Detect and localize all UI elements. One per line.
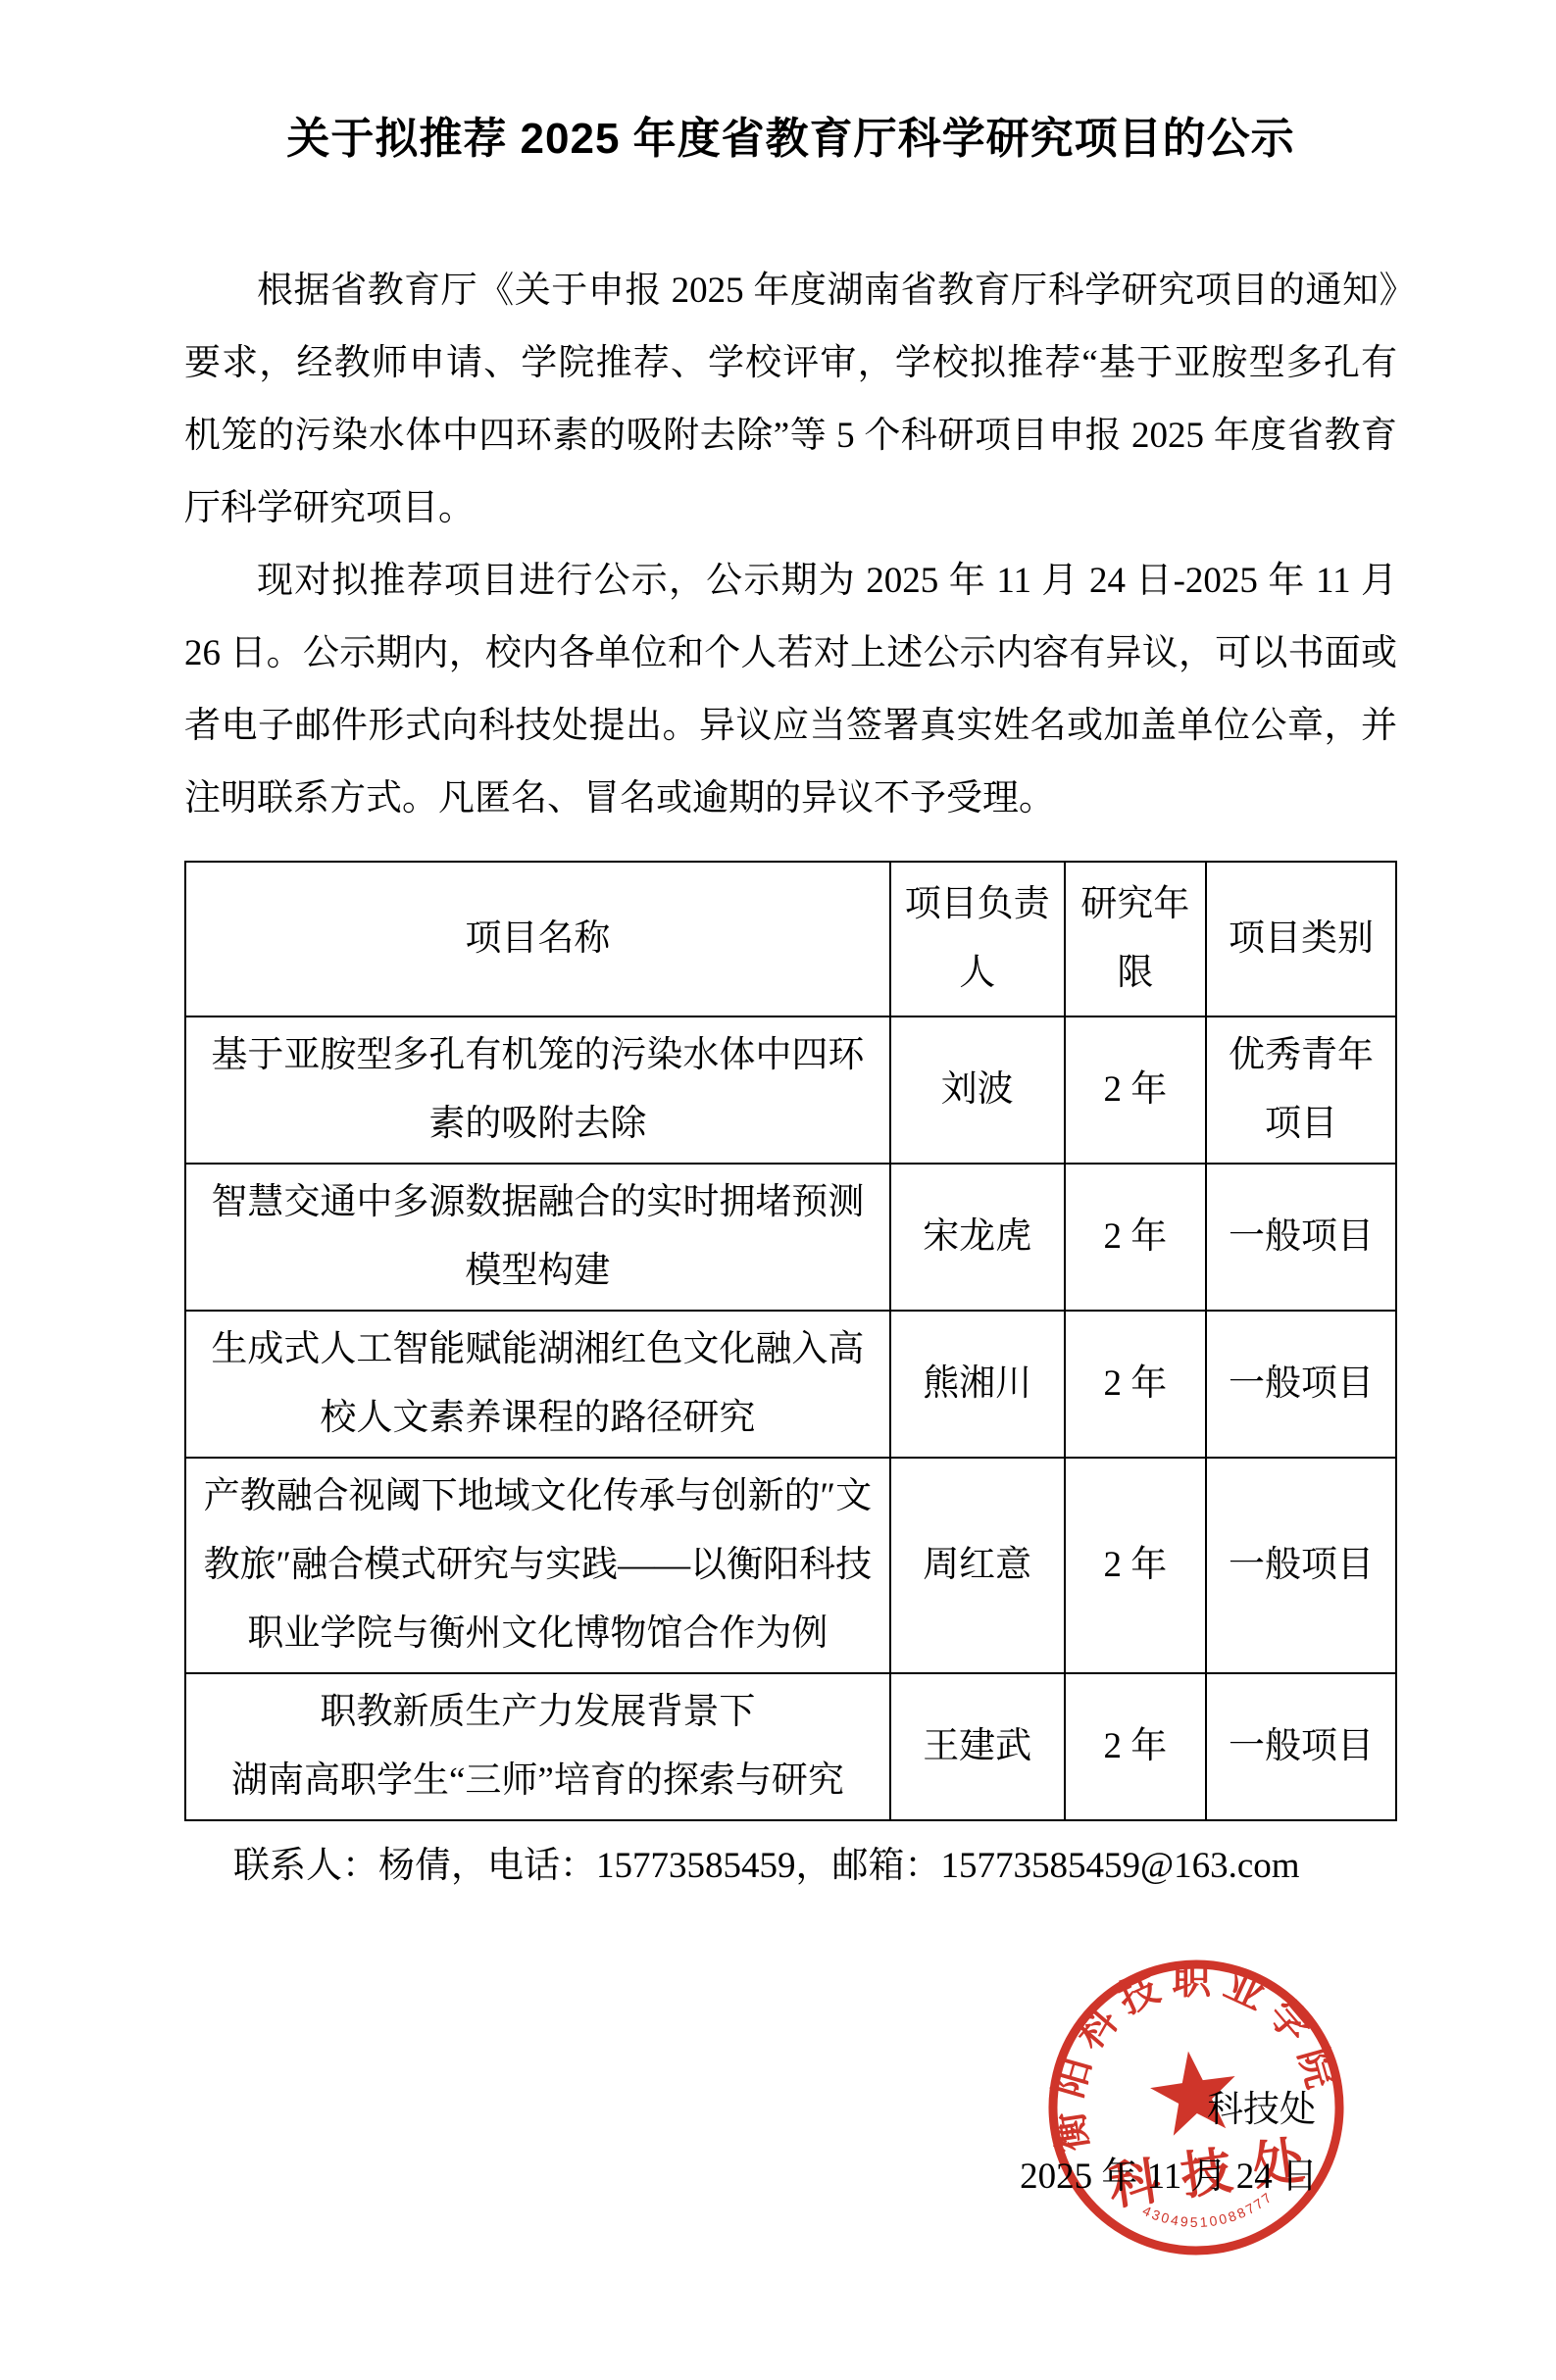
project-title-cell: 产教融合视阈下地域文化传承与创新的″文教旅″融合模式研究与实践——以衡阳科技职业… [185, 1458, 890, 1673]
project-category-cell: 一般项目 [1206, 1673, 1396, 1820]
paragraph-2: 现对拟推荐项目进行公示，公示期为 2025 年 11 月 24 日-2025 年… [184, 545, 1397, 835]
project-category-cell: 优秀青年项目 [1206, 1016, 1396, 1164]
project-category-cell: 一般项目 [1206, 1458, 1396, 1673]
project-duration-cell: 2 年 [1065, 1311, 1206, 1458]
project-duration-cell: 2 年 [1065, 1673, 1206, 1820]
table-row: 产教融合视阈下地域文化传承与创新的″文教旅″融合模式研究与实践——以衡阳科技职业… [185, 1458, 1396, 1673]
project-category-cell: 一般项目 [1206, 1164, 1396, 1311]
header-project-name: 项目名称 [185, 862, 890, 1016]
document-page: 关于拟推荐 2025 年度省教育厅科学研究项目的公示 根据省教育厅《关于申报 2… [0, 0, 1556, 2380]
project-title-cell: 生成式人工智能赋能湖湘红色文化融入高校人文素养课程的路径研究 [185, 1311, 890, 1458]
project-leader-cell: 周红意 [890, 1458, 1065, 1673]
projects-table: 项目名称 项目负责人 研究年限 项目类别 基于亚胺型多孔有机笼的污染水体中四环素… [184, 861, 1397, 1821]
body-paragraphs: 根据省教育厅《关于申报 2025 年度湖南省教育厅科学研究项目的通知》要求，经教… [184, 255, 1397, 835]
paragraph-1: 根据省教育厅《关于申报 2025 年度湖南省教育厅科学研究项目的通知》要求，经教… [184, 255, 1397, 545]
project-duration-cell: 2 年 [1065, 1164, 1206, 1311]
project-duration-cell: 2 年 [1065, 1016, 1206, 1164]
signature-department: 科技处 [1207, 2086, 1316, 2135]
project-title-cell: 智慧交通中多源数据融合的实时拥堵预测模型构建 [185, 1164, 890, 1311]
document-content: 关于拟推荐 2025 年度省教育厅科学研究项目的公示 根据省教育厅《关于申报 2… [184, 0, 1397, 1896]
project-leader-cell: 刘波 [890, 1016, 1065, 1164]
header-project-category: 项目类别 [1206, 862, 1396, 1016]
project-category-cell: 一般项目 [1206, 1311, 1396, 1458]
table-header-row: 项目名称 项目负责人 研究年限 项目类别 [185, 862, 1396, 1016]
table-row: 基于亚胺型多孔有机笼的污染水体中四环素的吸附去除 刘波 2 年 优秀青年项目 [185, 1016, 1396, 1164]
project-leader-cell: 熊湘川 [890, 1311, 1065, 1458]
header-research-duration: 研究年限 [1065, 862, 1206, 1016]
project-leader-cell: 宋龙虎 [890, 1164, 1065, 1311]
header-project-leader: 项目负责人 [890, 862, 1065, 1016]
table-row: 生成式人工智能赋能湖湘红色文化融入高校人文素养课程的路径研究 熊湘川 2 年 一… [185, 1311, 1396, 1458]
project-leader-cell: 王建武 [890, 1673, 1065, 1820]
contact-line: 联系人：杨倩，电话：15773585459，邮箱：15773585459@163… [184, 1837, 1397, 1896]
project-duration-cell: 2 年 [1065, 1458, 1206, 1673]
page-title: 关于拟推荐 2025 年度省教育厅科学研究项目的公示 [184, 110, 1397, 169]
project-title-cell: 基于亚胺型多孔有机笼的污染水体中四环素的吸附去除 [185, 1016, 890, 1164]
projects-table-body: 基于亚胺型多孔有机笼的污染水体中四环素的吸附去除 刘波 2 年 优秀青年项目 智… [185, 1016, 1396, 1820]
project-title-cell: 职教新质生产力发展背景下湖南高职学生“三师”培育的探索与研究 [185, 1673, 890, 1820]
table-row: 智慧交通中多源数据融合的实时拥堵预测模型构建 宋龙虎 2 年 一般项目 [185, 1164, 1396, 1311]
table-row: 职教新质生产力发展背景下湖南高职学生“三师”培育的探索与研究 王建武 2 年 一… [185, 1673, 1396, 1820]
signature-date: 2025 年 11 月 24 日 [1020, 2153, 1318, 2202]
